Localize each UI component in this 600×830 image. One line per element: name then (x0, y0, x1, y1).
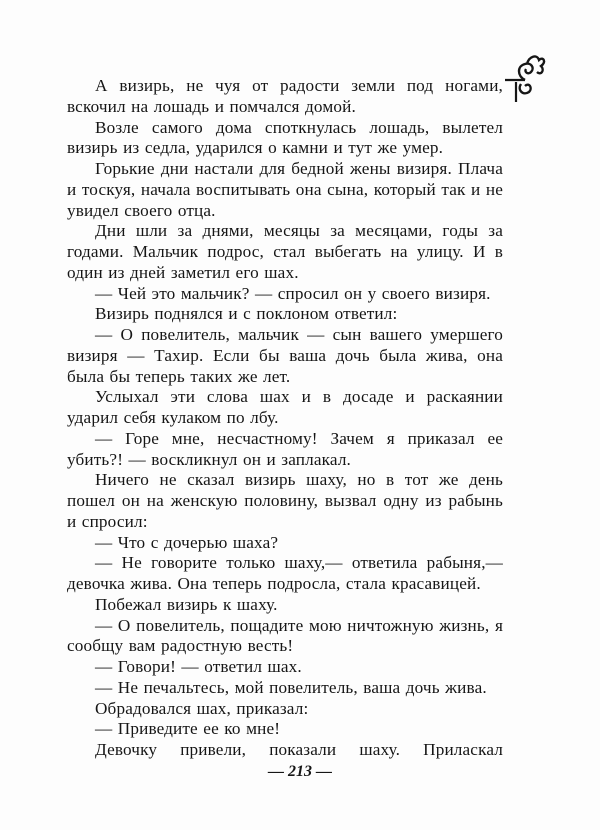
paragraph: — Говори! — ответил шах. (67, 657, 503, 678)
body-text: А визирь, не чуя от радости земли под но… (67, 76, 503, 761)
paragraph: — Приведите ее ко мне! (67, 719, 503, 740)
paragraph: Ничего не сказал визирь шаху, но в тот ж… (67, 470, 503, 532)
paragraph: — О повелитель, пощадите мою ничтожную ж… (67, 616, 503, 658)
paragraph: Визирь поднялся и с поклоном ответил: (67, 304, 503, 325)
paragraph: — Что с дочерью шаха? (67, 533, 503, 554)
paragraph: — Не печальтесь, мой повелитель, ваша до… (67, 678, 503, 699)
paragraph: — О повелитель, мальчик — сын вашего уме… (67, 325, 503, 387)
paragraph: Горькие дни настали для бедной жены визи… (67, 159, 503, 221)
paragraph: — Горе мне, несчастному! Зачем я приказа… (67, 429, 503, 471)
paragraph: Услыхал эти слова шах и в досаде и раска… (67, 387, 503, 429)
paragraph: Побежал визирь к шаху. (67, 595, 503, 616)
paragraph: Возле самого дома споткнулась лошадь, вы… (67, 118, 503, 160)
paragraph: Обрадовался шах, приказал: (67, 699, 503, 720)
paragraph: — Чей это мальчик? — спросил он у своего… (67, 284, 503, 305)
page-number: — 213 — (0, 763, 600, 781)
paragraph: Девочку привели, показали шаху. Приласка… (67, 740, 503, 761)
floral-flourish-icon (503, 50, 547, 104)
paragraph: Дни шли за днями, месяцы за месяцами, го… (67, 221, 503, 283)
paragraph: А визирь, не чуя от радости земли под но… (67, 76, 503, 118)
paragraph: — Не говорите только шаху,— ответила раб… (67, 553, 503, 595)
book-page: А визирь, не чуя от радости земли под но… (0, 0, 600, 830)
